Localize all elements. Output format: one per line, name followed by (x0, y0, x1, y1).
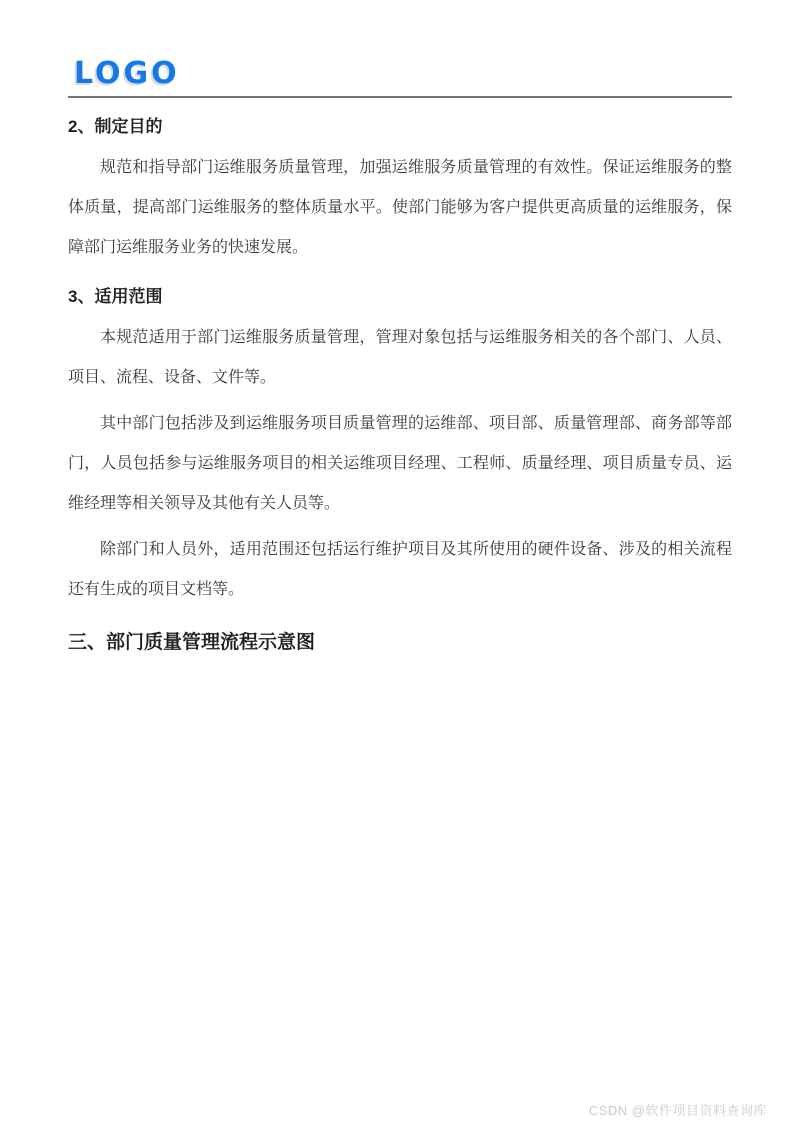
section-heading-purpose: 2、制定目的 (68, 114, 732, 140)
company-logo: LOGO (74, 58, 732, 90)
document-content: LOGO 2、制定目的 规范和指导部门运维服务质量管理，加强运维服务质量管理的有… (68, 0, 732, 664)
csdn-watermark: CSDN @软件项目资料查询库 (589, 1100, 767, 1119)
paragraph-scope-2: 其中部门包括涉及到运维服务项目质量管理的运维部、项目部、质量管理部、商务部等部门… (68, 404, 732, 524)
document-page: LOGO 2、制定目的 规范和指导部门运维服务质量管理，加强运维服务质量管理的有… (0, 0, 800, 1132)
header-divider (68, 96, 732, 98)
section-heading-scope: 3、适用范围 (68, 284, 732, 310)
paragraph-scope-1: 本规范适用于部门运维服务质量管理，管理对象包括与运维服务相关的各个部门、人员、项… (68, 318, 732, 398)
section-heading-flow-diagram: 三、部门质量管理流程示意图 (68, 630, 732, 656)
paragraph-purpose-1: 规范和指导部门运维服务质量管理，加强运维服务质量管理的有效性。保证运维服务的整体… (68, 148, 732, 268)
paragraph-scope-3: 除部门和人员外，适用范围还包括运行维护项目及其所使用的硬件设备、涉及的相关流程还… (68, 530, 732, 610)
